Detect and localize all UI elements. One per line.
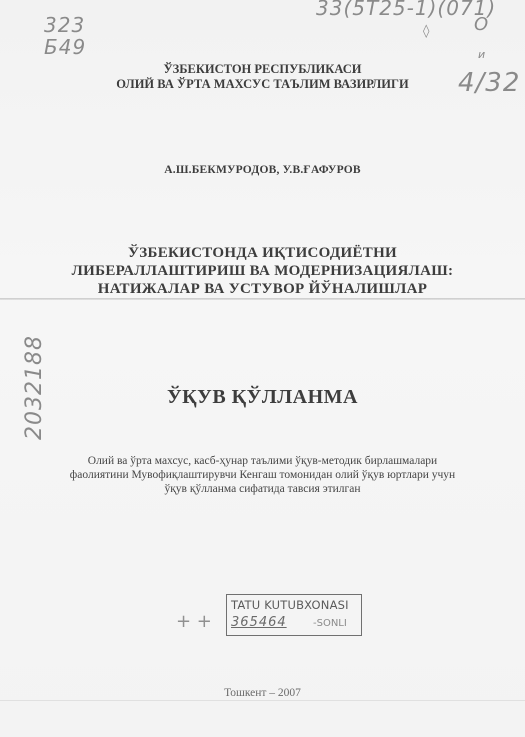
- library-stamp-title: TATU KUTUBXONASI: [231, 598, 349, 612]
- recommendation-line-2: фаолиятини Мувофиқлаштирувчи Кенгаш томо…: [0, 468, 525, 482]
- title-line-2: ЛИБЕРАЛЛАШТИРИШ ВА МОДЕРНИЗАЦИЯЛАШ:: [0, 262, 525, 280]
- title-line-1: ЎЗБЕКИСТОНДА ИҚТИСОДИЁТНИ: [0, 244, 525, 262]
- library-stamp-suffix: -SONLI: [313, 618, 347, 629]
- page-fold-line: [0, 298, 525, 300]
- recommendation-line-1: Олий ва ўрта махсус, касб-ҳунар таълими …: [0, 454, 525, 468]
- handwritten-shelf-mark: 323 Б49: [44, 14, 86, 58]
- recommendation-line-3: ўқув қўлланма сифатида тавсия этилган: [0, 482, 525, 496]
- handwritten-mark: О: [474, 14, 489, 35]
- page-edge-line: [0, 700, 525, 701]
- place-and-year: Тошкент – 2007: [0, 687, 525, 699]
- ministry-line-1: ЎЗБЕКИСТОН РЕСПУБЛИКАСИ: [0, 62, 525, 77]
- book-title: ЎЗБЕКИСТОНДА ИҚТИСОДИЁТНИ ЛИБЕРАЛЛАШТИРИ…: [0, 244, 525, 298]
- title-line-3: НАТИЖАЛАР ВА УСТУВОР ЙЎНАЛИШЛАР: [0, 280, 525, 298]
- handwritten-classification-code: 33(5Т25-1)(071): [316, 0, 496, 20]
- handwritten-glyph: ◊: [423, 24, 430, 39]
- handwritten-small-letter: и: [478, 48, 486, 61]
- authors: А.Ш.БЕКМУРОДОВ, У.В.ҒАФУРОВ: [0, 164, 525, 176]
- ministry-header: ЎЗБЕКИСТОН РЕСПУБЛИКАСИ ОЛИЙ ВА ЎРТА МАХ…: [0, 62, 525, 92]
- handwritten-code: Б49: [44, 36, 86, 58]
- handwritten-plus-marks: + +: [176, 611, 212, 632]
- library-stamp: TATU KUTUBXONASI 365464 -SONLI: [226, 594, 362, 636]
- ministry-line-2: ОЛИЙ ВА ЎРТА МАХСУС ТАЪЛИМ ВАЗИРЛИГИ: [0, 77, 525, 92]
- recommendation-text: Олий ва ўрта махсус, касб-ҳунар таълими …: [0, 454, 525, 496]
- book-type-heading: ЎҚУВ ҚЎЛЛАНМА: [0, 386, 525, 409]
- scanned-page: 323 Б49 33(5Т25-1)(071) ◊ О и 4/32 20321…: [0, 0, 525, 737]
- handwritten-number: 323: [44, 14, 86, 36]
- library-stamp-number: 365464: [231, 615, 287, 630]
